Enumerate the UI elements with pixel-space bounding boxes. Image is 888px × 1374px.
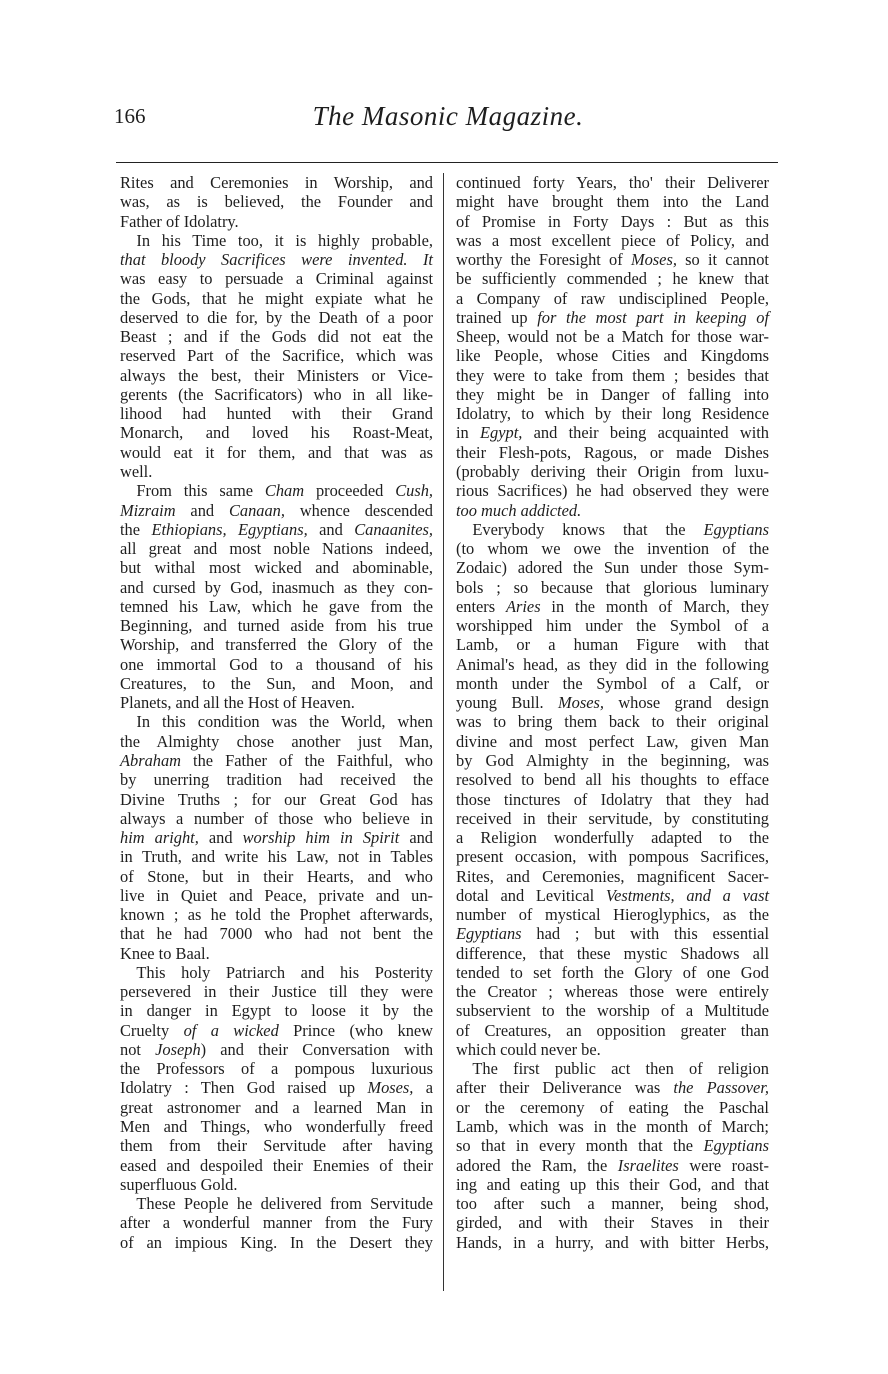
- text-line: Everybody knows that the Egyptians: [456, 520, 769, 539]
- text-line: they were to take from them ; besides th…: [456, 366, 769, 385]
- text-line: like People, whose Cities and Kingdoms: [456, 346, 769, 365]
- text-line: in danger in Egypt to loose it by the: [120, 1001, 433, 1020]
- text-line: These People he delivered from Servitude: [120, 1194, 433, 1213]
- text-line: of Stone, but in their Hearts, and who: [120, 867, 433, 886]
- text-line: continued forty Years, tho' their Delive…: [456, 173, 769, 192]
- text-line: subservient to the worship of a Multitud…: [456, 1001, 769, 1020]
- running-title: The Masonic Magazine.: [0, 101, 888, 132]
- text-line: dotal and Levitical Vestments, and a vas…: [456, 886, 769, 905]
- text-line: would eat it for them, and that was as: [120, 443, 433, 462]
- text-line: might have brought them into the Land: [456, 192, 769, 211]
- text-line: This holy Patriarch and his Posterity: [120, 963, 433, 982]
- text-line: Divine Truths ; for our Great God has: [120, 790, 433, 809]
- text-line: Idolatry, to which by their long Residen…: [456, 404, 769, 423]
- text-line: the Gods, that he might expiate what he: [120, 289, 433, 308]
- text-line: Sheep, would not be a Match for those wa…: [456, 327, 769, 346]
- text-line: Creatures, to the Sun, and Moon, and: [120, 674, 433, 693]
- text-line: one immortal God to a thousand of his: [120, 655, 433, 674]
- text-line: always a number of those who believe in: [120, 809, 433, 828]
- text-line: divine and most perfect Law, given Man: [456, 732, 769, 751]
- text-line: great astronomer and a learned Man in: [120, 1098, 433, 1117]
- text-line: too much addicted.: [456, 501, 769, 520]
- text-line: (probably deriving their Origin from lux…: [456, 462, 769, 481]
- text-line: eased and despoiled their Enemies of the…: [120, 1156, 433, 1175]
- text-line: of Creatures, an opposition greater than: [456, 1021, 769, 1040]
- text-line: Monarch, and loved his Roast-Meat,: [120, 423, 433, 442]
- text-line: girded, and with their Staves in their: [456, 1213, 769, 1232]
- text-line: rious Sacrifices) he had observed they w…: [456, 481, 769, 500]
- text-line: tended to set forth the Glory of one God: [456, 963, 769, 982]
- text-line: In his Time too, it is highly probable,: [120, 231, 433, 250]
- text-line: they might be in Danger of falling into: [456, 385, 769, 404]
- text-line: but withal most wicked and abominable,: [120, 558, 433, 577]
- left-column: Rites and Ceremonies in Worship, andwas,…: [120, 173, 433, 1252]
- text-line: Cruelty of a wicked Prince (who knew: [120, 1021, 433, 1040]
- text-line: by unerring tradition had received the: [120, 770, 433, 789]
- text-line: reserved Part of the Sacrifice, which wa…: [120, 346, 433, 365]
- text-line: that he had 7000 who had not bent the: [120, 924, 433, 943]
- text-line: Idolatry : Then God raised up Moses, a: [120, 1078, 433, 1097]
- text-line: Egyptians had ; but with this essential: [456, 924, 769, 943]
- text-line: The first public act then of religion: [456, 1059, 769, 1078]
- right-column: continued forty Years, tho' their Delive…: [456, 173, 769, 1252]
- text-line: known ; as he told the Prophet afterward…: [120, 905, 433, 924]
- text-line: the Professors of a pompous luxurious: [120, 1059, 433, 1078]
- text-line: worthy the Foresight of Moses, so it can…: [456, 250, 769, 269]
- text-line: Knee to Baal.: [120, 944, 433, 963]
- text-line: month under the Symbol of a Calf, or: [456, 674, 769, 693]
- text-line: was easy to persuade a Criminal against: [120, 269, 433, 288]
- text-line: so that in every month that the Egyptian…: [456, 1136, 769, 1155]
- text-line: by God Almighty in the beginning, was: [456, 751, 769, 770]
- text-line: worshipped him under the Symbol of a: [456, 616, 769, 635]
- text-line: superfluous Gold.: [120, 1175, 433, 1194]
- text-line: Animal's head, as they did in the follow…: [456, 655, 769, 674]
- text-line: that bloody Sacrifices were invented. It: [120, 250, 433, 269]
- text-line: not Joseph) and their Conversation with: [120, 1040, 433, 1059]
- text-line: the Ethiopians, Egyptians, and Canaanite…: [120, 520, 433, 539]
- text-line: was to bring them back to their original: [456, 712, 769, 731]
- text-line: difference, that these mystic Shadows al…: [456, 944, 769, 963]
- text-line: was a most excellent piece of Policy, an…: [456, 231, 769, 250]
- text-line: number of mystical Hieroglyphics, as the: [456, 905, 769, 924]
- text-line: their Flesh-pots, Ragous, or made Dishes: [456, 443, 769, 462]
- text-line: Zodaic) adored the Sun under those Sym-: [456, 558, 769, 577]
- text-line: was, as is believed, the Founder and: [120, 192, 433, 211]
- text-line: Beginning, and turned aside from his tru…: [120, 616, 433, 635]
- text-line: the Almighty chose another just Man,: [120, 732, 433, 751]
- text-line: well.: [120, 462, 433, 481]
- text-line: in Egypt, and their being acquainted wit…: [456, 423, 769, 442]
- text-line: (to whom we owe the invention of the: [456, 539, 769, 558]
- text-line: ing and eating up this their God, and th…: [456, 1175, 769, 1194]
- text-line: in Truth, and write his Law, not in Tabl…: [120, 847, 433, 866]
- text-line: those tinctures of Idolatry that they ha…: [456, 790, 769, 809]
- text-line: after their Deliverance was the Passover…: [456, 1078, 769, 1097]
- text-line: Lamb, which was in the month of March;: [456, 1117, 769, 1136]
- text-line: of an impious King. In the Desert they: [120, 1233, 433, 1252]
- text-line: trained up for the most part in keeping …: [456, 308, 769, 327]
- text-line: young Bull. Moses, whose grand design: [456, 693, 769, 712]
- text-line: Father of Idolatry.: [120, 212, 433, 231]
- text-line: bols ; so because that glorious luminary: [456, 578, 769, 597]
- text-line: Planets, and all the Host of Heaven.: [120, 693, 433, 712]
- text-line: In this condition was the World, when: [120, 712, 433, 731]
- text-line: or the ceremony of eating the Paschal: [456, 1098, 769, 1117]
- text-line: From this same Cham proceeded Cush,: [120, 481, 433, 500]
- text-line: enters Aries in the month of March, they: [456, 597, 769, 616]
- text-line: a Religion wonderfully adapted to the: [456, 828, 769, 847]
- text-line: after a wonderful manner from the Fury: [120, 1213, 433, 1232]
- text-line: deserved to die for, by the Death of a p…: [120, 308, 433, 327]
- text-line: Worship, and transferred the Glory of th…: [120, 635, 433, 654]
- text-line: the Creator ; whereas those were entirel…: [456, 982, 769, 1001]
- header-rule: [116, 162, 778, 163]
- text-line: Lamb, or a human Figure with that: [456, 635, 769, 654]
- text-line: which could never be.: [456, 1040, 769, 1059]
- text-line: and cursed by God, inasmuch as they con-: [120, 578, 433, 597]
- text-line: resolved to bend all his thoughts to eff…: [456, 770, 769, 789]
- text-line: them from their Servitude after having: [120, 1136, 433, 1155]
- text-line: Beast ; and if the Gods did not eat the: [120, 327, 433, 346]
- text-line: persevered in their Justice till they we…: [120, 982, 433, 1001]
- text-line: gerents (the Sacrificators) who in all l…: [120, 385, 433, 404]
- text-line: lihood had hunted with their Grand: [120, 404, 433, 423]
- text-line: always the best, their Ministers or Vice…: [120, 366, 433, 385]
- text-line: temned his Law, which he gave from the: [120, 597, 433, 616]
- text-line: of Promise in Forty Days : But as this: [456, 212, 769, 231]
- text-line: live in Quiet and Peace, private and un-: [120, 886, 433, 905]
- text-line: too after such a manner, being shod,: [456, 1194, 769, 1213]
- text-line: Hands, in a hurry, and with bitter Herbs…: [456, 1233, 769, 1252]
- text-line: a Company of raw undisciplined People,: [456, 289, 769, 308]
- text-line: him aright, and worship him in Spirit an…: [120, 828, 433, 847]
- text-line: be sufficiently commended ; he knew that: [456, 269, 769, 288]
- text-line: Abraham the Father of the Faithful, who: [120, 751, 433, 770]
- text-line: Rites and Ceremonies in Worship, and: [120, 173, 433, 192]
- text-line: Rites, and Ceremonies, magnificent Sacer…: [456, 867, 769, 886]
- text-line: Men and Things, who wonderfully freed: [120, 1117, 433, 1136]
- text-line: all great and most noble Nations indeed,: [120, 539, 433, 558]
- column-divider: [443, 173, 444, 1291]
- text-line: present occasion, with pompous Sacrifice…: [456, 847, 769, 866]
- text-line: Mizraim and Canaan, whence descended: [120, 501, 433, 520]
- text-line: received in their servitude, by constitu…: [456, 809, 769, 828]
- text-line: adored the Ram, the Israelites were roas…: [456, 1156, 769, 1175]
